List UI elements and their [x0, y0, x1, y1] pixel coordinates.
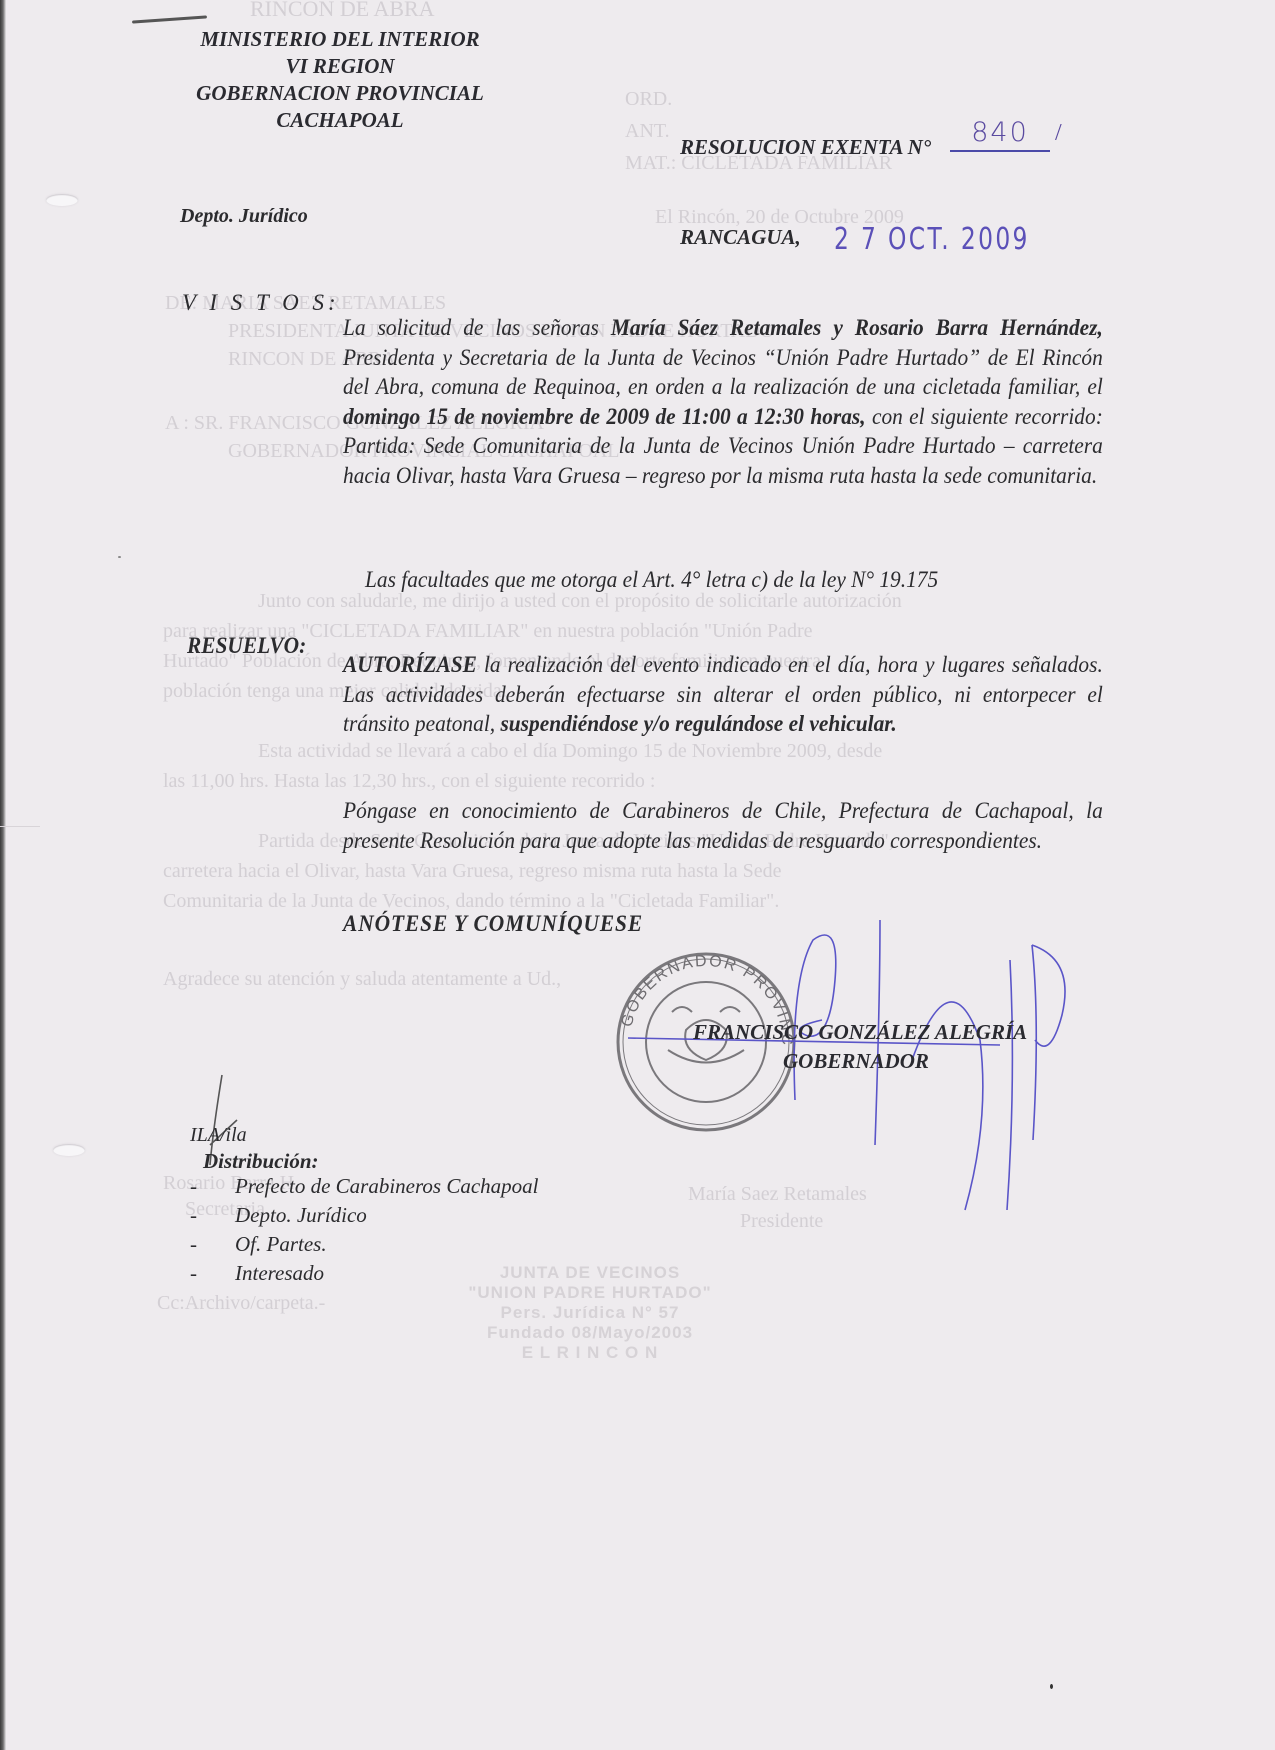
list-item: -Interesado [190, 1259, 539, 1288]
resuelvo-paragraph: AUTORÍZASE la realización del evento ind… [343, 650, 1103, 739]
header-line: CACHAPOAL [160, 107, 520, 134]
list-item: -Of. Partes. [190, 1230, 539, 1259]
issuer-header: MINISTERIO DEL INTERIOR VI REGION GOBERN… [160, 26, 520, 134]
ghost-text: E L R I N C O N [430, 1343, 750, 1363]
ghost-text: Agradece su atención y saluda atentament… [163, 968, 561, 991]
fold-line [0, 826, 40, 827]
ghost-text: carretera hacia el Olivar, hasta Vara Gr… [163, 860, 782, 883]
distribution-title: Distribución: [203, 1149, 319, 1174]
legal-basis: Las facultades que me otorga el Art. 4° … [365, 567, 938, 593]
ghost-text: Cc:Archivo/carpeta.- [157, 1292, 325, 1315]
notify-paragraph: Póngase en conocimiento de Carabineros d… [343, 796, 1103, 855]
resolution-number: 840 [950, 116, 1050, 152]
signer-title: GOBERNADOR [783, 1049, 929, 1074]
list-item: -Prefecto de Carabineros Cachapoal [190, 1172, 539, 1201]
header-line: VI REGION [160, 53, 520, 80]
requesters-names: María Sáez Retamales y Rosario Barra Her… [611, 315, 1103, 340]
date-stamp: 2 7 OCT. 2009 [834, 222, 1030, 257]
staple-mark [132, 15, 207, 23]
department-label: Depto. Jurídico [180, 205, 308, 228]
text-segment: La solicitud de las señoras [343, 315, 611, 340]
ghost-text: ORD. [625, 88, 672, 111]
punch-hole [53, 1144, 85, 1156]
distribution-recipient: Depto. Jurídico [235, 1203, 367, 1227]
vistos-label: V I S T O S: [182, 290, 340, 316]
ghost-text: Fundado 08/Mayo/2003 [430, 1323, 750, 1343]
city-label: RANCAGUA, [680, 225, 801, 250]
ghost-text: ANT. [625, 120, 670, 143]
header-line: GOBERNACION PROVINCIAL [160, 80, 520, 107]
closing-formula: ANÓTESE Y COMUNÍQUESE [343, 911, 643, 937]
ghost-text: Esta actividad se llevará a cabo el día … [258, 740, 882, 763]
ghost-text: Pers. Jurídica N° 57 [430, 1303, 750, 1323]
distribution-recipient: Interesado [235, 1261, 324, 1285]
ghost-text: Junto con saludarle, me dirijo a usted c… [258, 590, 902, 613]
distribution-list: -Prefecto de Carabineros Cachapoal -Dept… [190, 1172, 539, 1288]
typist-initials: ILA/ila [190, 1124, 247, 1147]
text-segment: Presidenta y Secretaria de la Junta de V… [343, 345, 1103, 400]
authorization-keyword: AUTORÍZASE [343, 652, 477, 677]
list-item: -Depto. Jurídico [190, 1201, 539, 1230]
resolution-title: RESOLUCION EXENTA N° [680, 135, 931, 160]
dust-speck [1050, 1684, 1053, 1689]
header-line: MINISTERIO DEL INTERIOR [160, 26, 520, 53]
punch-hole [46, 194, 78, 206]
resuelvo-label: RESUELVO: [187, 633, 306, 659]
ghost-text: Comunitaria de la Junta de Vecinos, dand… [163, 890, 779, 913]
ghost-text: RINCON DE ABRA [250, 0, 435, 22]
scan-left-edge [0, 0, 6, 1750]
ghost-text: Presidente [740, 1210, 823, 1233]
traffic-condition: suspendiéndose y/o regulándose el vehicu… [500, 711, 896, 736]
resolution-slash: / [1055, 120, 1062, 147]
signer-name: FRANCISCO GONZÁLEZ ALEGRÍA [693, 1020, 1027, 1045]
distribution-recipient: Prefecto de Carabineros Cachapoal [235, 1174, 539, 1198]
distribution-recipient: Of. Partes. [235, 1232, 327, 1256]
ghost-text: María Saez Retamales [688, 1183, 867, 1206]
ghost-text: las 11,00 hrs. Hasta las 12,30 hrs., con… [163, 770, 655, 793]
vistos-paragraph: La solicitud de las señoras María Sáez R… [343, 313, 1103, 490]
event-datetime: domingo 15 de noviembre de 2009 de 11:00… [343, 404, 866, 429]
dust-speck [118, 556, 121, 558]
